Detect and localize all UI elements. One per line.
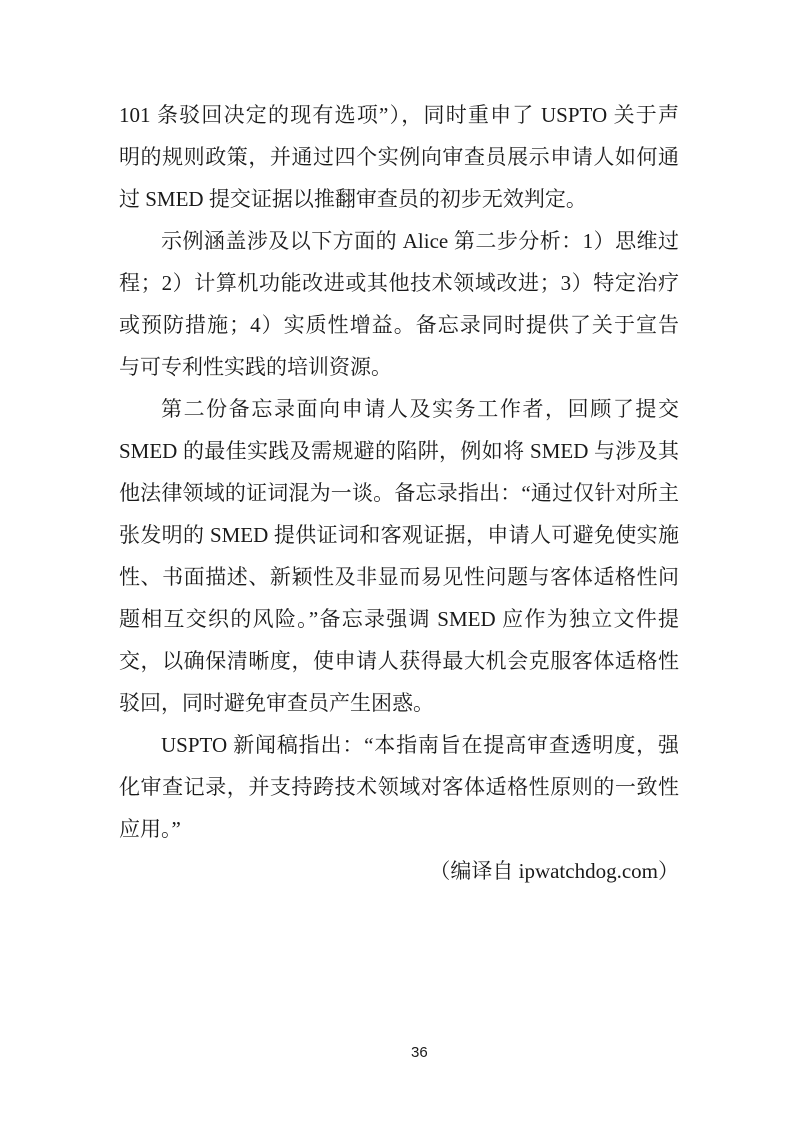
text-line: 明的规则政策，并通过四个实例向审查员展示申请人如何通	[119, 136, 679, 178]
page-number: 36	[411, 1045, 428, 1060]
text-line: 程；2）计算机功能改进或其他技术领域改进；3）特定治疗	[119, 262, 679, 304]
text-line: 示例涵盖涉及以下方面的 Alice 第二步分析：1）思维过	[119, 220, 679, 262]
text-line: SMED 的最佳实践及需规避的陷阱，例如将 SMED 与涉及其	[119, 430, 679, 472]
text-line: 交，以确保清晰度，使申请人获得最大机会克服客体适格性	[119, 640, 679, 682]
text-line: 性、书面描述、新颖性及非显而易见性问题与客体适格性问	[119, 556, 679, 598]
document-page: 101 条驳回决定的现有选项”），同时重申了 USPTO 关于声明的规则政策，并…	[0, 0, 793, 1122]
text-line: 与可专利性实践的培训资源。	[119, 346, 679, 388]
text-line: 他法律领域的证词混为一谈。备忘录指出：“通过仅针对所主	[119, 472, 679, 514]
text-line: 或预防措施；4）实质性增益。备忘录同时提供了关于宣告	[119, 304, 679, 346]
text-line: 题相互交织的风险。”备忘录强调 SMED 应作为独立文件提	[119, 598, 679, 640]
text-line: USPTO 新闻稿指出：“本指南旨在提高审查透明度，强	[119, 724, 679, 766]
text-line: 张发明的 SMED 提供证词和客观证据，申请人可避免使实施	[119, 514, 679, 556]
attribution-line: （编译自 ipwatchdog.com）	[119, 850, 679, 892]
text-line: 化审查记录，并支持跨技术领域对客体适格性原则的一致性	[119, 766, 679, 808]
text-line: 应用。”	[119, 808, 679, 850]
text-line: 101 条驳回决定的现有选项”），同时重申了 USPTO 关于声	[119, 94, 679, 136]
text-line: 驳回，同时避免审查员产生困惑。	[119, 682, 679, 724]
body-text: 101 条驳回决定的现有选项”），同时重申了 USPTO 关于声明的规则政策，并…	[119, 94, 679, 892]
text-line: 第二份备忘录面向申请人及实务工作者，回顾了提交	[119, 388, 679, 430]
text-line: 过 SMED 提交证据以推翻审查员的初步无效判定。	[119, 178, 679, 220]
